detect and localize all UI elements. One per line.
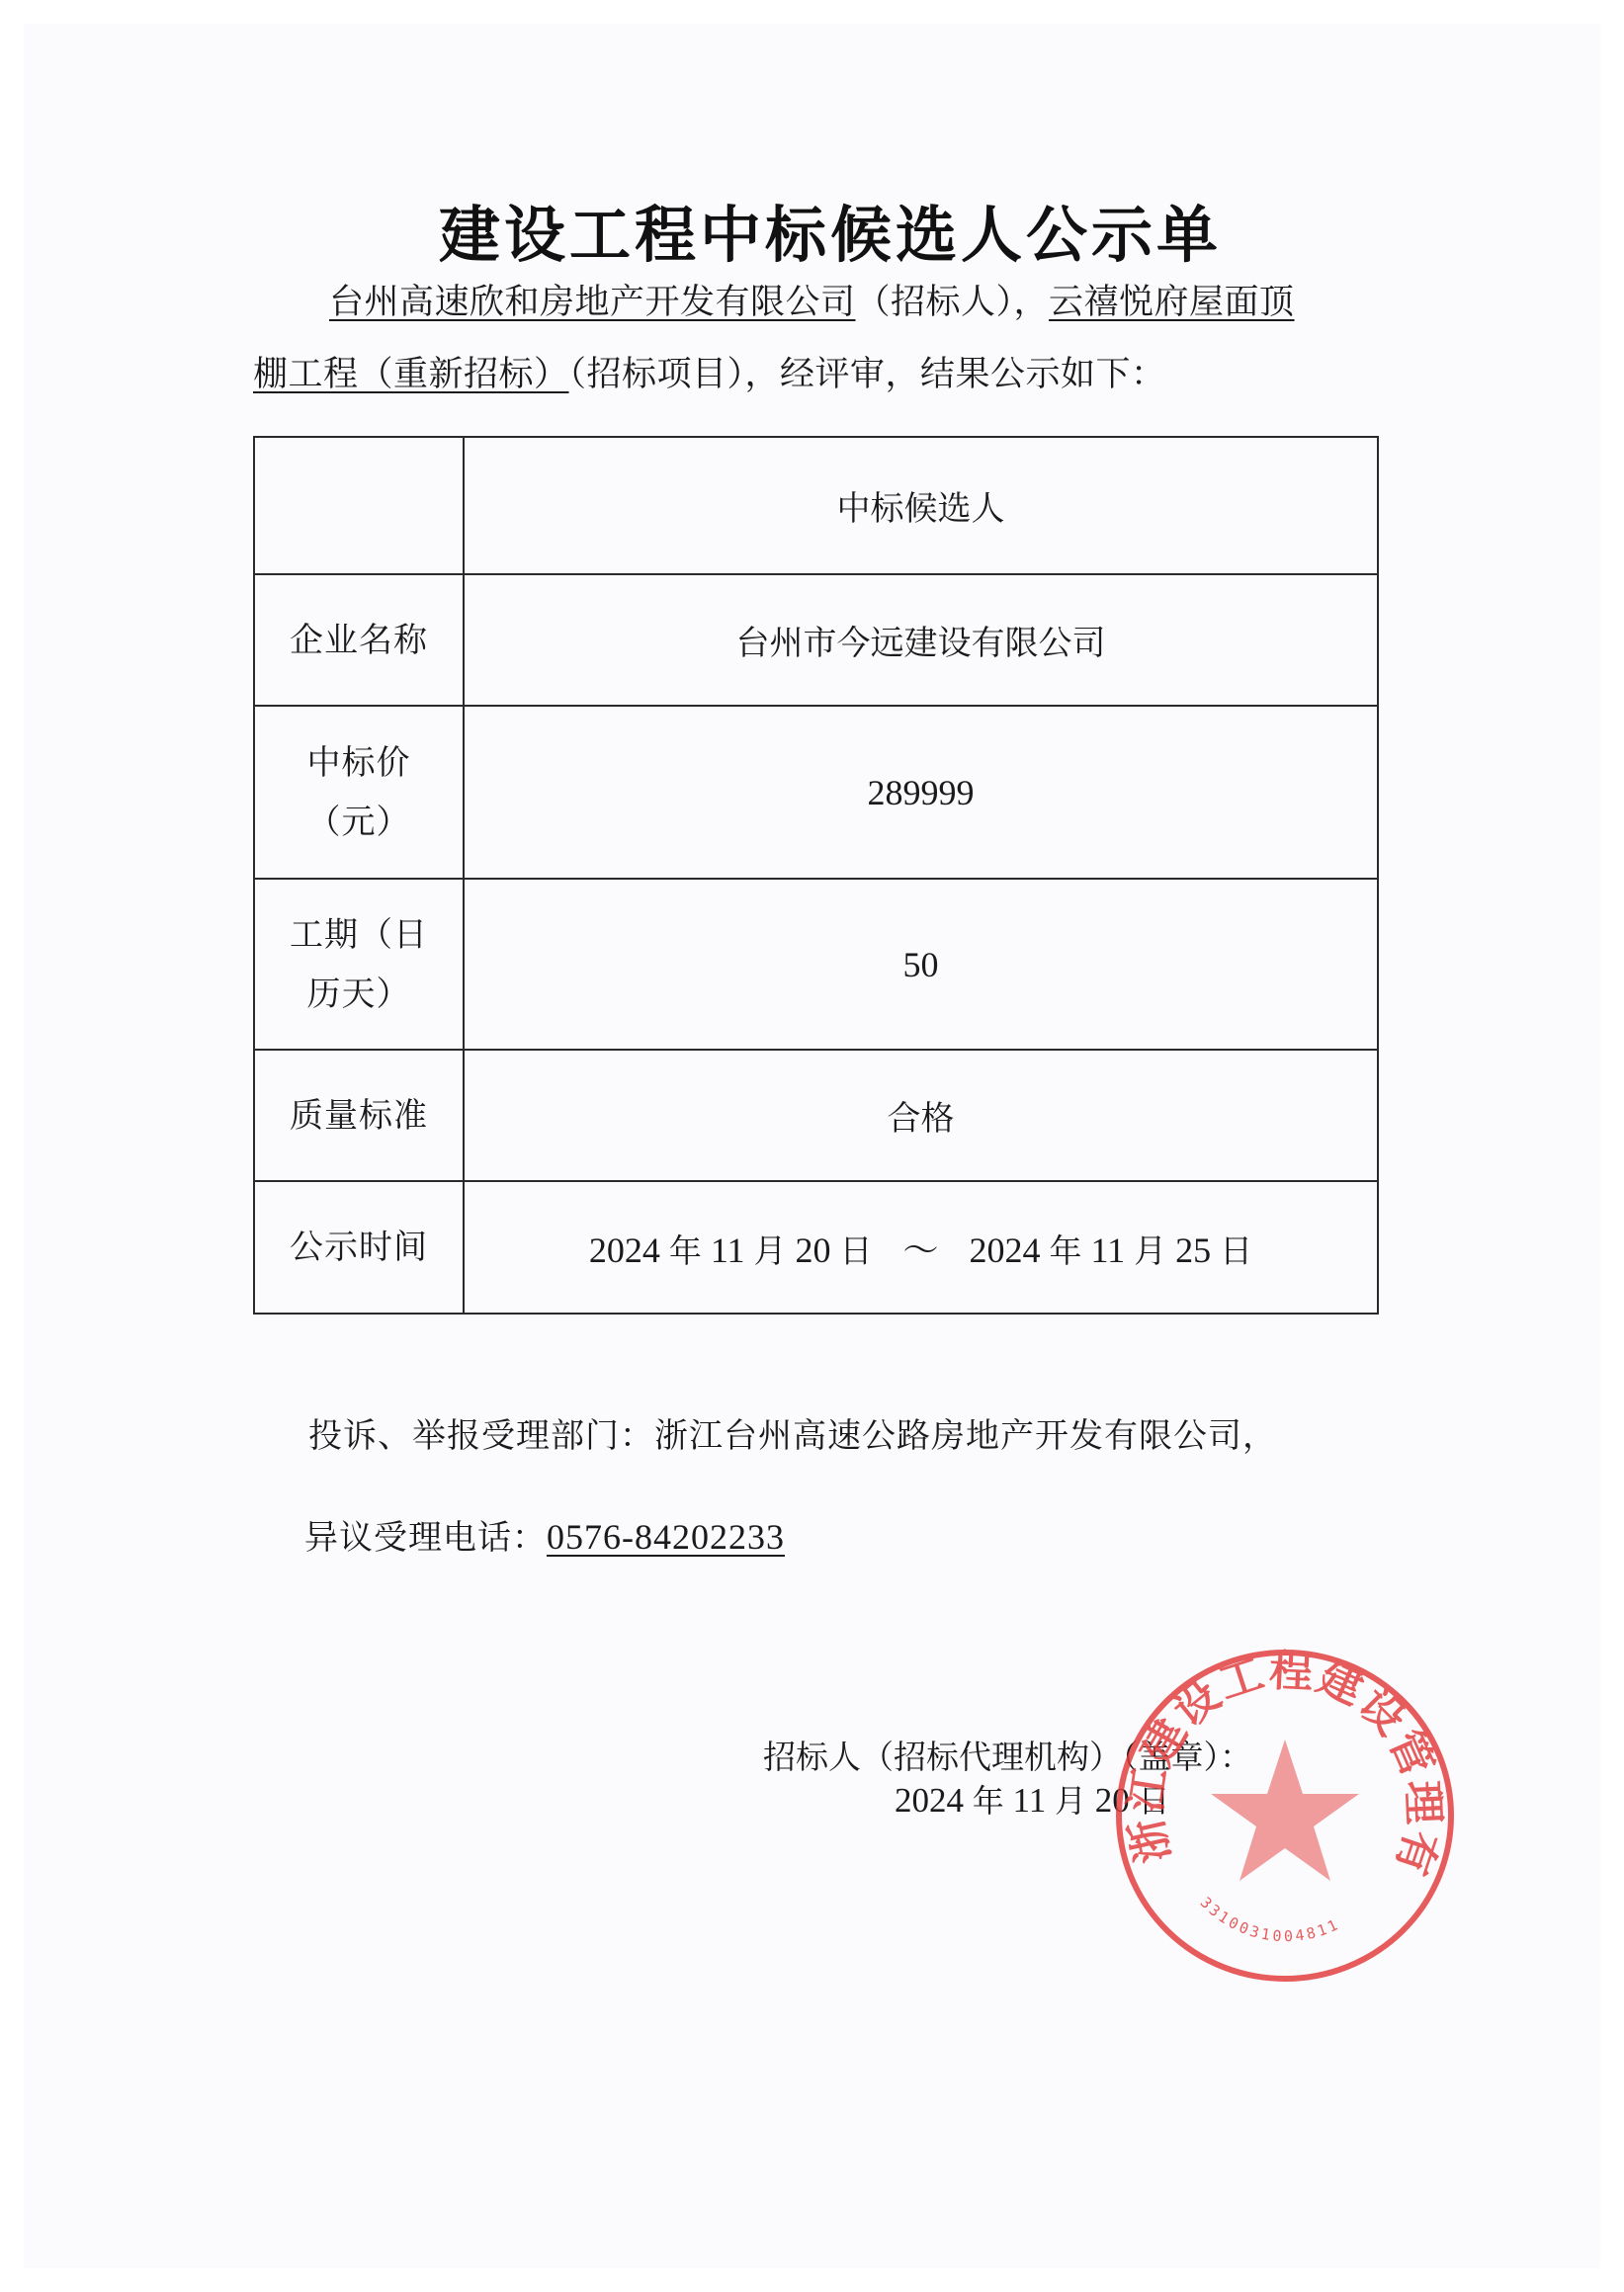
- quality-value: 合格: [888, 1099, 955, 1139]
- start-month: 11: [711, 1231, 745, 1270]
- intro-line-1: 台州高速欣和房地产开发有限公司（招标人），云禧悦府屋面顶: [329, 281, 1466, 324]
- company-label: 企业名称: [254, 574, 464, 706]
- sign-month-unit: 月: [1055, 1782, 1086, 1820]
- sign-day-unit: 日: [1138, 1782, 1169, 1820]
- start-year-unit: 年: [669, 1231, 702, 1270]
- end-month: 11: [1091, 1231, 1126, 1270]
- end-month-unit: 月: [1134, 1231, 1166, 1270]
- table-row-duration: 工期（日 历天） 50: [254, 879, 1378, 1050]
- bid-price-label: 中标价 （元）: [254, 706, 464, 879]
- table-row-bid-price: 中标价 （元） 289999: [254, 706, 1378, 879]
- duration-value: 50: [903, 945, 939, 984]
- complaint-label: 投诉、举报受理部门：: [308, 1416, 654, 1456]
- objection-hotline-line: 异议受理电话：0576-84202233: [304, 1510, 785, 1559]
- duration-label-line1: 工期（日: [263, 905, 455, 965]
- complaint-department: 浙江台州高速公路房地产开发有限公司，: [654, 1416, 1277, 1456]
- end-day: 25: [1175, 1231, 1211, 1270]
- signature-date: 2024 年 11 月 20 日: [895, 1776, 1170, 1822]
- start-day-unit: 日: [839, 1231, 872, 1270]
- duration-label-line2: 历天）: [263, 965, 455, 1024]
- start-day: 20: [795, 1231, 830, 1270]
- sign-day: 20: [1095, 1781, 1130, 1820]
- duration-value-cell: 50: [464, 879, 1378, 1050]
- project-name-part2: 棚工程（重新招标）: [253, 355, 569, 394]
- range-separator: ～: [902, 1231, 938, 1270]
- company-value-cell: 台州市今远建设有限公司: [464, 574, 1378, 706]
- complaint-department-line: 投诉、举报受理部门：浙江台州高速公路房地产开发有限公司，: [308, 1408, 1277, 1457]
- publicity-period-value-cell: 2024 年 11 月 20 日 ～ 2024 年 11 月 25 日: [464, 1181, 1378, 1314]
- publicity-period-label: 公示时间: [254, 1181, 464, 1314]
- hotline-phone: 0576-84202233: [547, 1517, 785, 1557]
- table-row-quality: 质量标准 合格: [254, 1050, 1378, 1181]
- start-year: 2024: [589, 1231, 660, 1270]
- project-suffix: （招标项目），经评审，结果公示如下：: [569, 355, 1166, 394]
- bid-price-label-line1: 中标价: [263, 733, 455, 793]
- project-name-part1: 云禧悦府屋面顶: [1049, 283, 1295, 322]
- bid-price-value-cell: 289999: [464, 706, 1378, 879]
- bid-price-label-line2: （元）: [263, 793, 455, 852]
- quality-value-cell: 合格: [464, 1050, 1378, 1181]
- signature-label: 招标人（招标代理机构）（盖章）：: [763, 1732, 1252, 1778]
- table-row-publicity-period: 公示时间 2024 年 11 月 20 日 ～ 2024 年 11 月 25 日: [254, 1181, 1378, 1314]
- tenderer-suffix: （招标人），: [856, 283, 1050, 322]
- header-label-cell: [254, 437, 464, 574]
- hotline-label: 异议受理电话：: [304, 1518, 547, 1558]
- tenderer-name: 台州高速欣和房地产开发有限公司: [329, 283, 856, 322]
- header-candidate-label: 中标候选人: [837, 489, 1005, 529]
- table-header-row: 中标候选人: [254, 437, 1378, 574]
- quality-label: 质量标准: [254, 1050, 464, 1181]
- sign-year-unit: 年: [973, 1782, 1004, 1820]
- candidate-table: 中标候选人 企业名称 台州市今远建设有限公司 中标价 （元） 289999 工期…: [253, 436, 1379, 1315]
- sign-year: 2024: [895, 1781, 964, 1820]
- end-day-unit: 日: [1220, 1231, 1252, 1270]
- end-year-unit: 年: [1050, 1231, 1082, 1270]
- table-row-company: 企业名称 台州市今远建设有限公司: [254, 574, 1378, 706]
- intro-line-2: 棚工程（重新招标）（招标项目），经评审，结果公示如下：: [253, 353, 1390, 396]
- duration-label: 工期（日 历天）: [254, 879, 464, 1050]
- company-name: 台州市今远建设有限公司: [736, 624, 1106, 663]
- page-title: 建设工程中标候选人公示单: [415, 196, 1245, 275]
- start-month-unit: 月: [753, 1231, 786, 1270]
- sign-month: 11: [1013, 1781, 1047, 1820]
- end-year: 2024: [970, 1231, 1041, 1270]
- header-value-cell: 中标候选人: [464, 437, 1378, 574]
- bid-price-value: 289999: [868, 773, 975, 812]
- publicity-date-range: 2024 年 11 月 20 日 ～ 2024 年 11 月 25 日: [589, 1231, 1252, 1270]
